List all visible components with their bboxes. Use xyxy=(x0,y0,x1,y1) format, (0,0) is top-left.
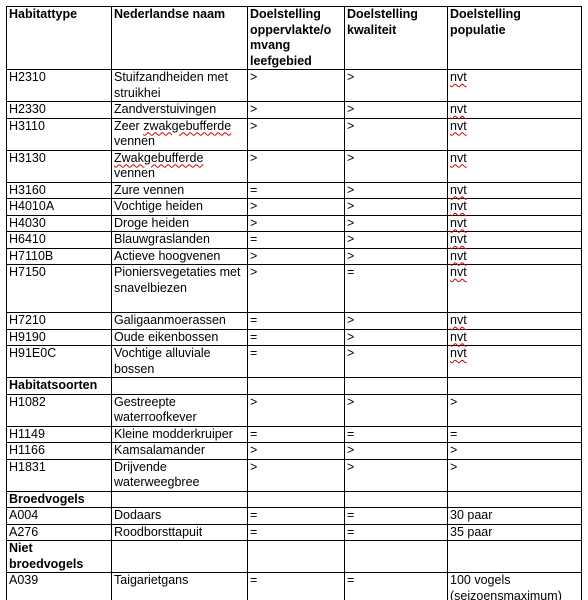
cell-doelstelling-populatie: nvt xyxy=(448,102,582,119)
cell-doelstelling-oppervlakte: = xyxy=(248,573,345,600)
cell-doelstelling-oppervlakte: = xyxy=(248,524,345,541)
cell-habitat-code: H4010A xyxy=(7,199,112,216)
cell-doelstelling-populatie: nvt xyxy=(448,346,582,378)
empty-cell xyxy=(248,378,345,395)
table-row: H4010AVochtige heiden>>nvt xyxy=(7,199,582,216)
spellcheck-underline: nvt xyxy=(450,183,467,197)
cell-nederlandse-naam: Droge heiden xyxy=(112,215,248,232)
spellcheck-underline: nvt xyxy=(450,330,467,344)
cell-habitat-code: H91E0C xyxy=(7,346,112,378)
cell-habitat-code: H1831 xyxy=(7,459,112,491)
cell-doelstelling-populatie: 100 vogels (seizoensmaximum) xyxy=(448,573,582,600)
section-row: Broedvogels xyxy=(7,491,582,508)
cell-doelstelling-populatie: = xyxy=(448,426,582,443)
table-row: H7110BActieve hoogvenen>>nvt xyxy=(7,248,582,265)
cell-doelstelling-populatie: nvt xyxy=(448,215,582,232)
header-habitattype: Habitattype xyxy=(7,7,112,70)
empty-cell xyxy=(248,491,345,508)
cell-nederlandse-naam: Blauwgraslanden xyxy=(112,232,248,249)
cell-nederlandse-naam: Zwakgebufferde vennen xyxy=(112,150,248,182)
cell-habitat-code: H6410 xyxy=(7,232,112,249)
empty-cell xyxy=(448,378,582,395)
cell-doelstelling-populatie: nvt xyxy=(448,265,582,313)
cell-doelstelling-populatie: 30 paar xyxy=(448,508,582,525)
cell-doelstelling-kwaliteit: > xyxy=(345,232,448,249)
cell-doelstelling-oppervlakte: > xyxy=(248,70,345,102)
section-label: Habitatsoorten xyxy=(7,378,112,395)
cell-doelstelling-oppervlakte: > xyxy=(248,459,345,491)
cell-doelstelling-populatie: nvt xyxy=(448,313,582,330)
empty-cell xyxy=(248,541,345,573)
cell-doelstelling-kwaliteit: > xyxy=(345,150,448,182)
cell-nederlandse-naam: Zeer zwakgebufferde vennen xyxy=(112,118,248,150)
table-row: H2310Stuifzandheiden met struikhei>>nvt xyxy=(7,70,582,102)
cell-doelstelling-populatie: > xyxy=(448,443,582,460)
cell-nederlandse-naam: Zure vennen xyxy=(112,182,248,199)
table-row: H1166Kamsalamander>>> xyxy=(7,443,582,460)
table-row: A039Taigarietgans==100 vogels (seizoensm… xyxy=(7,573,582,600)
cell-habitat-code: H2330 xyxy=(7,102,112,119)
table-row: H7210Galigaanmoerassen=>nvt xyxy=(7,313,582,330)
cell-nederlandse-naam: Zandverstuivingen xyxy=(112,102,248,119)
cell-nederlandse-naam: Vochtige alluviale bossen xyxy=(112,346,248,378)
cell-doelstelling-kwaliteit: > xyxy=(345,459,448,491)
cell-doelstelling-kwaliteit: > xyxy=(345,394,448,426)
cell-nederlandse-naam: Kleine modderkruiper xyxy=(112,426,248,443)
table-row: H3130Zwakgebufferde vennen>>nvt xyxy=(7,150,582,182)
cell-doelstelling-kwaliteit: > xyxy=(345,215,448,232)
cell-doelstelling-kwaliteit: = xyxy=(345,265,448,313)
cell-habitat-code: H3110 xyxy=(7,118,112,150)
cell-doelstelling-oppervlakte: > xyxy=(248,265,345,313)
spellcheck-underline: nvt xyxy=(450,102,467,116)
cell-nederlandse-naam: Gestreepte waterroofkever xyxy=(112,394,248,426)
cell-doelstelling-kwaliteit: > xyxy=(345,313,448,330)
cell-doelstelling-kwaliteit: = xyxy=(345,573,448,600)
table-row: H91E0CVochtige alluviale bossen=>nvt xyxy=(7,346,582,378)
table-row: H1831Drijvende waterweegbree>>> xyxy=(7,459,582,491)
spellcheck-underline: nvt xyxy=(450,265,467,279)
spellcheck-underline: zwakgebufferde xyxy=(143,119,231,133)
cell-habitat-code: H3130 xyxy=(7,150,112,182)
cell-habitat-code: H1149 xyxy=(7,426,112,443)
table-row: H2330Zandverstuivingen>>nvt xyxy=(7,102,582,119)
cell-doelstelling-kwaliteit: > xyxy=(345,346,448,378)
spellcheck-underline: nvt xyxy=(450,216,467,230)
cell-doelstelling-kwaliteit: > xyxy=(345,329,448,346)
table-body: H2310Stuifzandheiden met struikhei>>nvtH… xyxy=(7,70,582,600)
cell-nederlandse-naam: Drijvende waterweegbree xyxy=(112,459,248,491)
header-row: Habitattype Nederlandse naam Doelstellin… xyxy=(7,7,582,70)
empty-cell xyxy=(448,541,582,573)
cell-doelstelling-populatie: nvt xyxy=(448,248,582,265)
cell-nederlandse-naam: Stuifzandheiden met struikhei xyxy=(112,70,248,102)
cell-nederlandse-naam: Dodaars xyxy=(112,508,248,525)
cell-habitat-code: H4030 xyxy=(7,215,112,232)
header-nederlandse-naam: Nederlandse naam xyxy=(112,7,248,70)
cell-habitat-code: H3160 xyxy=(7,182,112,199)
cell-nederlandse-naam: Galigaanmoerassen xyxy=(112,313,248,330)
cell-doelstelling-oppervlakte: = xyxy=(248,182,345,199)
cell-doelstelling-kwaliteit: > xyxy=(345,118,448,150)
empty-cell xyxy=(448,491,582,508)
cell-doelstelling-populatie: nvt xyxy=(448,199,582,216)
cell-doelstelling-kwaliteit: = xyxy=(345,524,448,541)
cell-doelstelling-kwaliteit: = xyxy=(345,508,448,525)
spellcheck-underline: nvt xyxy=(450,199,467,213)
table-row: A276Roodborsttapuit==35 paar xyxy=(7,524,582,541)
header-doelstelling-oppervlakte: Doelstelling oppervlakte/o mvang leefgeb… xyxy=(248,7,345,70)
cell-nederlandse-naam: Kamsalamander xyxy=(112,443,248,460)
header-doelstelling-populatie: Doelstelling populatie xyxy=(448,7,582,70)
cell-nederlandse-naam: Actieve hoogvenen xyxy=(112,248,248,265)
empty-cell xyxy=(345,541,448,573)
cell-nederlandse-naam: Roodborsttapuit xyxy=(112,524,248,541)
cell-doelstelling-oppervlakte: = xyxy=(248,426,345,443)
cell-nederlandse-naam: Taigarietgans xyxy=(112,573,248,600)
cell-doelstelling-oppervlakte: > xyxy=(248,199,345,216)
cell-nederlandse-naam: Pioniersvegetaties met snavelbiezen xyxy=(112,265,248,313)
table-row: H4030Droge heiden>>nvt xyxy=(7,215,582,232)
table-row: H1082Gestreepte waterroofkever>>> xyxy=(7,394,582,426)
cell-doelstelling-oppervlakte: > xyxy=(248,102,345,119)
cell-habitat-code: H1082 xyxy=(7,394,112,426)
cell-doelstelling-kwaliteit: > xyxy=(345,248,448,265)
spellcheck-underline: Zwakgebufferde xyxy=(114,151,203,165)
cell-doelstelling-oppervlakte: > xyxy=(248,394,345,426)
cell-doelstelling-oppervlakte: > xyxy=(248,215,345,232)
cell-doelstelling-kwaliteit: = xyxy=(345,426,448,443)
habitat-goals-table: Habitattype Nederlandse naam Doelstellin… xyxy=(6,6,582,600)
cell-nederlandse-naam: Oude eikenbossen xyxy=(112,329,248,346)
cell-doelstelling-oppervlakte: > xyxy=(248,118,345,150)
cell-doelstelling-populatie: nvt xyxy=(448,118,582,150)
spellcheck-underline: nvt xyxy=(450,232,467,246)
cell-doelstelling-kwaliteit: > xyxy=(345,182,448,199)
cell-doelstelling-populatie: nvt xyxy=(448,232,582,249)
cell-doelstelling-oppervlakte: = xyxy=(248,508,345,525)
cell-habitat-code: H7210 xyxy=(7,313,112,330)
spellcheck-underline: nvt xyxy=(450,313,467,327)
table-row: H1149Kleine modderkruiper=== xyxy=(7,426,582,443)
spellcheck-underline: nvt xyxy=(450,70,467,84)
empty-cell xyxy=(345,491,448,508)
cell-doelstelling-oppervlakte: = xyxy=(248,232,345,249)
cell-doelstelling-kwaliteit: > xyxy=(345,199,448,216)
cell-habitat-code: H1166 xyxy=(7,443,112,460)
table-row: H6410Blauwgraslanden=>nvt xyxy=(7,232,582,249)
cell-habitat-code: H7110B xyxy=(7,248,112,265)
cell-doelstelling-populatie: 35 paar xyxy=(448,524,582,541)
cell-doelstelling-populatie: nvt xyxy=(448,150,582,182)
cell-habitat-code: A004 xyxy=(7,508,112,525)
section-label: Broedvogels xyxy=(7,491,112,508)
cell-doelstelling-populatie: > xyxy=(448,394,582,426)
empty-cell xyxy=(112,378,248,395)
cell-doelstelling-kwaliteit: > xyxy=(345,443,448,460)
cell-habitat-code: H9190 xyxy=(7,329,112,346)
header-doelstelling-kwaliteit: Doelstelling kwaliteit xyxy=(345,7,448,70)
section-label: Niet broedvogels xyxy=(7,541,112,573)
spellcheck-underline: seizoensmaximum xyxy=(454,589,558,600)
cell-doelstelling-oppervlakte: = xyxy=(248,346,345,378)
table-row: H3160Zure vennen=>nvt xyxy=(7,182,582,199)
table-row: H7150Pioniersvegetaties met snavelbiezen… xyxy=(7,265,582,313)
table-row: H3110Zeer zwakgebufferde vennen>>nvt xyxy=(7,118,582,150)
cell-habitat-code: A039 xyxy=(7,573,112,600)
spellcheck-underline: nvt xyxy=(450,249,467,263)
table-row: A004Dodaars==30 paar xyxy=(7,508,582,525)
cell-doelstelling-kwaliteit: > xyxy=(345,102,448,119)
cell-doelstelling-oppervlakte: = xyxy=(248,329,345,346)
cell-doelstelling-populatie: > xyxy=(448,459,582,491)
spellcheck-underline: nvt xyxy=(450,151,467,165)
empty-cell xyxy=(345,378,448,395)
table-row: H9190Oude eikenbossen=>nvt xyxy=(7,329,582,346)
cell-habitat-code: A276 xyxy=(7,524,112,541)
empty-cell xyxy=(112,491,248,508)
spellcheck-underline: nvt xyxy=(450,346,467,360)
spellcheck-underline: nvt xyxy=(450,119,467,133)
cell-habitat-code: H2310 xyxy=(7,70,112,102)
cell-nederlandse-naam: Vochtige heiden xyxy=(112,199,248,216)
cell-doelstelling-populatie: nvt xyxy=(448,329,582,346)
section-row: Habitatsoorten xyxy=(7,378,582,395)
cell-habitat-code: H7150 xyxy=(7,265,112,313)
cell-doelstelling-oppervlakte: = xyxy=(248,313,345,330)
empty-cell xyxy=(112,541,248,573)
cell-doelstelling-populatie: nvt xyxy=(448,182,582,199)
section-row: Niet broedvogels xyxy=(7,541,582,573)
cell-doelstelling-populatie: nvt xyxy=(448,70,582,102)
cell-doelstelling-oppervlakte: > xyxy=(248,248,345,265)
cell-doelstelling-kwaliteit: > xyxy=(345,70,448,102)
cell-doelstelling-oppervlakte: > xyxy=(248,443,345,460)
cell-doelstelling-oppervlakte: > xyxy=(248,150,345,182)
